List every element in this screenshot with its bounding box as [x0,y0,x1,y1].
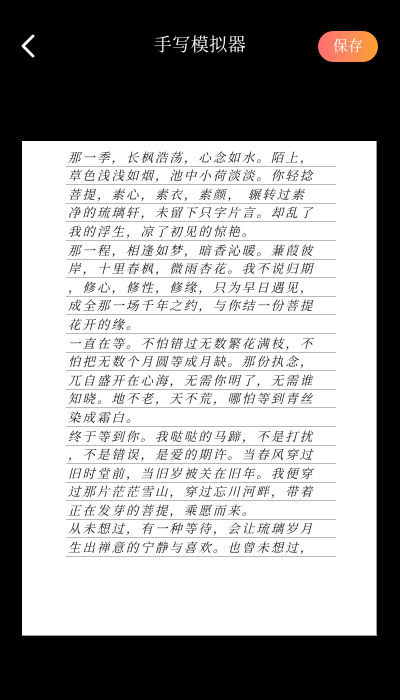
handwritten-text: 终于等到你。我哒哒的马蹄，不是打扰 [68,430,314,444]
ruled-line: 那一程，相逢如梦，暗香沁暖。蒹葭彼 [66,241,336,260]
handwritten-text: ，不是错误，是爱的期许。当春风穿过 [68,448,314,462]
handwritten-text: 那一程，相逢如梦，暗香沁暖。蒹葭彼 [68,244,314,258]
ruled-line: 知晓。地不老，天不荒，哪怕等到青丝 [66,390,336,409]
header-bar: 手写模拟器 保存 [0,0,400,92]
handwritten-text: 菩提，素心，素衣，素颜， 辗转过素 [68,188,306,202]
ruled-line: 旧时堂前，当旧岁被关在旧年。我便穿 [66,464,336,483]
handwritten-text: 那一季，长枫浩荡，心念如水。陌上， [68,151,314,165]
handwritten-text: 过那片茫茫雪山，穿过忘川河畔，带着 [68,485,314,499]
handwritten-text: 旧时堂前，当旧岁被关在旧年。我便穿 [68,467,314,481]
ruled-line: 菩提，素心，素衣，素颜， 辗转过素 [66,185,336,204]
ruled-line: 花开的缘。 [66,315,336,334]
handwritten-text: 花开的缘。 [68,318,140,332]
ruled-line: ，修心，修性，修缘，只为早日遇见， [66,278,336,297]
handwritten-text: ，修心，修性，修缘，只为早日遇见， [68,281,314,295]
handwritten-text: 净的琉璃轩，未留下只字片言。却乱了 [68,206,314,220]
ruled-line: 正在发芽的菩提，乘愿而来。 [66,501,336,520]
handwritten-text: 染成霜白。 [68,411,140,425]
ruled-line: 草色浅浅如烟，池中小荷淡淡。你轻捻 [66,167,336,186]
ruled-line: 终于等到你。我哒哒的马蹄，不是打扰 [66,427,336,446]
handwritten-text: 怕把无数个月圆等成月缺。那份执念， [68,355,314,369]
ruled-line: 从未想过，有一种等待，会让琉璃岁月 [66,520,336,539]
ruled-line: 成全那一场千年之约，与你结一份菩提 [66,297,336,316]
ruled-line: 一直在等。不怕错过无数繁花满枝，不 [66,334,336,353]
handwriting-paper-preview: 那一季，长枫浩荡，心念如水。陌上， 草色浅浅如烟，池中小荷淡淡。你轻捻 菩提，素… [22,141,377,636]
ruled-line: ，不是错误，是爱的期许。当春风穿过 [66,446,336,465]
ruled-line: 岸，十里春枫，微雨杏花。我不说归期 [66,260,336,279]
handwritten-text: 岸，十里春枫，微雨杏花。我不说归期 [68,262,314,276]
ruled-line: 我的浮生，凉了初见的惊艳。 [66,222,336,241]
handwritten-text: 成全那一场千年之约，与你结一份菩提 [68,299,314,313]
ruled-line: 生出禅意的宁静与喜欢。也曾未想过， [66,538,336,557]
handwritten-text: 兀自盛开在心海，无需你明了，无需谁 [68,374,314,388]
handwritten-text: 从未想过，有一种等待，会让琉璃岁月 [68,522,314,536]
handwritten-text: 草色浅浅如烟，池中小荷淡淡。你轻捻 [68,169,314,183]
ruled-line: 净的琉璃轩，未留下只字片言。却乱了 [66,204,336,223]
handwritten-text: 知晓。地不老，天不荒，哪怕等到青丝 [68,392,314,406]
ruled-line: 兀自盛开在心海，无需你明了，无需谁 [66,371,336,390]
handwritten-text: 正在发芽的菩提，乘愿而来。 [68,504,256,518]
save-button[interactable]: 保存 [318,31,378,62]
ruled-line: 过那片茫茫雪山，穿过忘川河畔，带着 [66,483,336,502]
ruled-line: 那一季，长枫浩荡，心念如水。陌上， [66,148,336,167]
handwritten-text: 一直在等。不怕错过无数繁花满枝，不 [68,337,314,351]
ruled-line: 染成霜白。 [66,408,336,427]
handwritten-text: 我的浮生，凉了初见的惊艳。 [68,225,256,239]
handwriting-lines: 那一季，长枫浩荡，心念如水。陌上， 草色浅浅如烟，池中小荷淡淡。你轻捻 菩提，素… [66,148,336,557]
ruled-line: 怕把无数个月圆等成月缺。那份执念， [66,353,336,372]
handwritten-text: 生出禅意的宁静与喜欢。也曾未想过， [68,541,314,555]
